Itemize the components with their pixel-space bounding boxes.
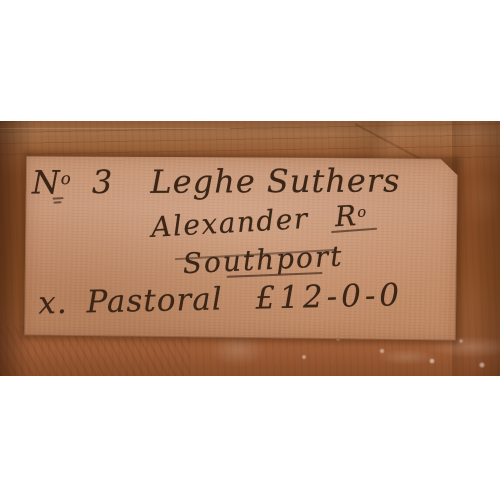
label-line-number-and-artist: No 3 Leghe Suthers [32,162,401,202]
lot-number: 3 [92,163,114,201]
road-abbreviation-base: R [334,199,358,233]
x-mark: x. [38,285,68,322]
number-abbreviation-superscript: o [61,169,71,188]
label-line-street: Alexander Ro [150,199,367,244]
ink-flourish [53,201,61,203]
street-name: Alexander [150,202,309,244]
number-abbreviation: No [32,163,71,201]
artist-name: Leghe Suthers [150,162,400,201]
wood-panel-photo: No 3 Leghe Suthers Alexander Ro Southpor… [0,121,500,376]
paper-label: No 3 Leghe Suthers Alexander Ro Southpor… [24,153,458,340]
label-line-title-and-price: x. Pastoral £12-0-0 [38,277,404,321]
photo-canvas: No 3 Leghe Suthers Alexander Ro Southpor… [0,0,500,500]
work-title: Pastoral [86,281,223,320]
wood-scratch-line [0,128,230,129]
price: £12-0-0 [255,277,403,316]
road-abbreviation-superscript: o [357,204,367,221]
number-abbreviation-base: N [32,163,61,201]
